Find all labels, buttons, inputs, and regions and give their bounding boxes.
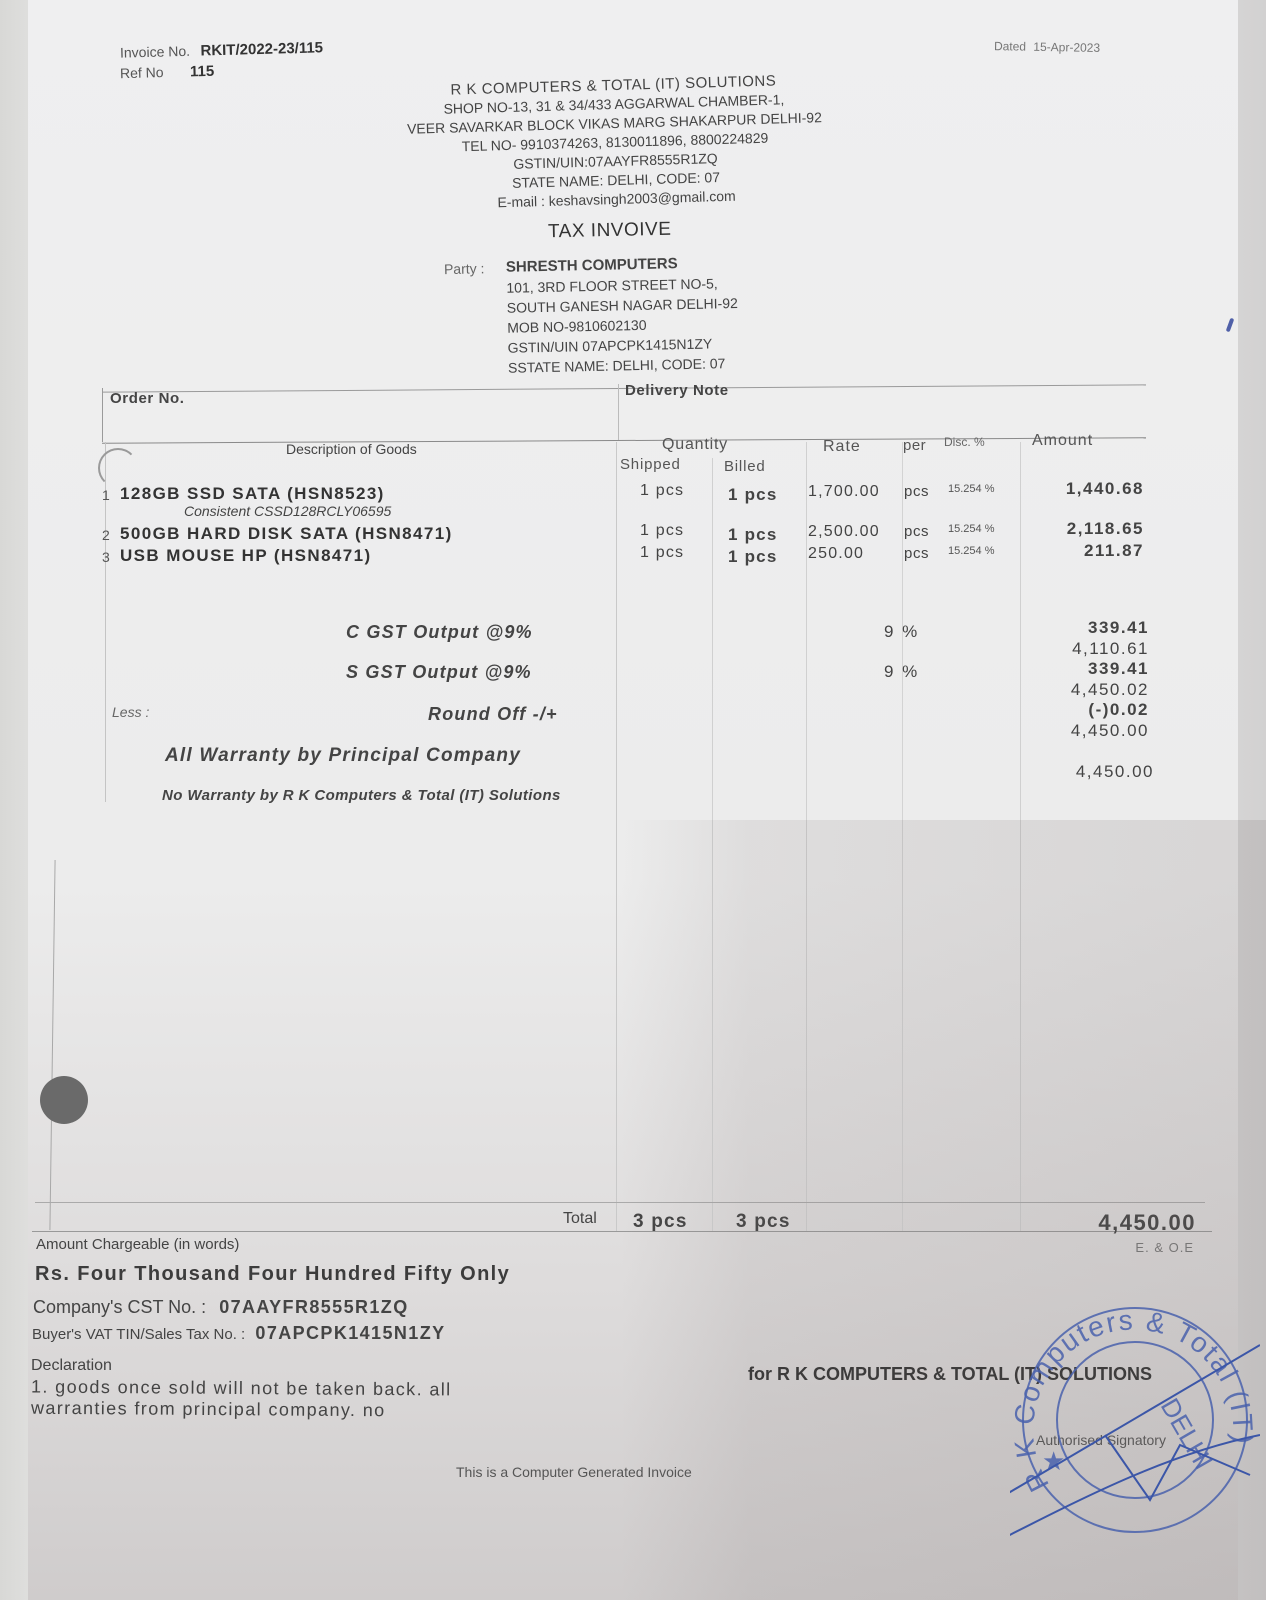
item-subtext: Consistent CSSD128RCLY06595 <box>184 503 391 519</box>
column-divider <box>616 442 617 1232</box>
cgst-label: C GST Output @9% <box>346 622 533 643</box>
round-off-amount: (-)0.02 <box>1088 700 1149 720</box>
item-rate: 250.00 <box>808 545 864 563</box>
column-divider <box>1020 442 1021 1232</box>
party-label: Party : <box>444 258 508 379</box>
delivery-note-label: Delivery Note <box>625 382 729 399</box>
col-billed: Billed <box>724 458 766 475</box>
order-no-label: Order No. <box>110 390 185 407</box>
ref-no-label: Ref No <box>120 64 164 81</box>
column-divider <box>902 442 903 1232</box>
seller-block: R K COMPUTERS & TOTAL (IT) SOLUTIONS SHO… <box>353 69 877 216</box>
dated-row: Dated 15-Apr-2023 <box>994 39 1100 55</box>
item-billed: 1 pcs <box>728 525 777 545</box>
in-words-value: Rs. Four Thousand Four Hundred Fifty Onl… <box>35 1263 510 1286</box>
total-billed: 3 pcs <box>736 1211 791 1233</box>
item-per: pcs <box>904 483 929 500</box>
computer-generated-note: This is a Computer Generated Invoice <box>456 1464 692 1480</box>
declaration-line-1: 1. goods once sold will not be taken bac… <box>31 1377 452 1401</box>
item-sl: 1 <box>102 487 110 503</box>
item-billed: 1 pcs <box>728 547 777 567</box>
col-description: Description of Goods <box>286 441 417 457</box>
item-description: 128GB SSD SATA (HSN8523) <box>120 484 385 504</box>
cst-label: Company's CST No. : <box>33 1297 206 1317</box>
ref-number-row: Ref No 115 <box>120 63 215 83</box>
punch-hole <box>40 1076 88 1124</box>
buyer-tin-label: Buyer's VAT TIN/Sales Tax No. : <box>32 1326 245 1343</box>
total-amount: 4,450.00 <box>1098 1210 1196 1236</box>
column-divider <box>712 458 713 1232</box>
invoice-no: RKIT/2022-23/115 <box>200 39 323 59</box>
buyer-tin: 07APCPK1415N1ZY <box>255 1323 445 1343</box>
cgst-amount: 339.41 <box>1088 618 1149 638</box>
item-billed: 1 pcs <box>728 485 777 505</box>
cst-row: Company's CST No. : 07AAYFR8555R1ZQ <box>33 1297 409 1318</box>
item-per: pcs <box>904 523 929 540</box>
punch-hole-mark <box>98 448 138 488</box>
item-description: USB MOUSE HP (HSN8471) <box>120 546 372 566</box>
in-words-label: Amount Chargeable (in words) <box>36 1236 239 1253</box>
item-amount: 211.87 <box>1084 541 1144 561</box>
item-amount: 2,118.65 <box>1067 519 1144 539</box>
eoe: E. & O.E <box>1135 1240 1194 1255</box>
col-amount: Amount <box>1032 432 1093 450</box>
col-per: per <box>903 437 926 454</box>
col-quantity: Quantity <box>662 436 728 454</box>
item-shipped: 1 pcs <box>640 482 684 500</box>
item-rate: 2,500.00 <box>808 523 880 541</box>
item-disc: 15.254 % <box>948 523 994 535</box>
total-label: Total <box>563 1210 597 1228</box>
item-description: 500GB HARD DISK SATA (HSN8471) <box>120 524 453 544</box>
total-shipped: 3 pcs <box>633 1211 688 1233</box>
item-shipped: 1 pcs <box>640 544 684 562</box>
dated-value: 15-Apr-2023 <box>1033 40 1100 55</box>
sgst-amount: 339.41 <box>1088 659 1149 679</box>
item-per: pcs <box>904 545 929 562</box>
cgst-rate: 9 % <box>884 622 919 642</box>
column-divider <box>806 442 807 1232</box>
item-amount: 1,440.68 <box>1066 479 1144 499</box>
divider <box>102 388 103 442</box>
item-sl: 3 <box>102 549 110 565</box>
cst-no: 07AAYFR8555R1ZQ <box>219 1297 408 1317</box>
item-rate: 1,700.00 <box>808 483 880 501</box>
declaration-label: Declaration <box>31 1357 112 1375</box>
col-shipped: Shipped <box>620 456 681 473</box>
dated-label: Dated <box>994 39 1026 54</box>
item-disc: 15.254 % <box>948 483 994 495</box>
divider <box>618 384 619 440</box>
sgst-rate: 9 % <box>884 662 919 682</box>
warranty-none: No Warranty by R K Computers & Total (IT… <box>162 787 561 804</box>
buyer-tin-row: Buyer's VAT TIN/Sales Tax No. : 07APCPK1… <box>32 1323 446 1344</box>
authorised-signatory: Authorised Signatory <box>1036 1432 1166 1448</box>
document-title: TAX INVOIVE <box>548 219 672 244</box>
declaration-line-2: warranties from principal company. no <box>31 1398 386 1421</box>
less-label: Less : <box>112 704 149 720</box>
item-disc: 15.254 % <box>948 545 994 557</box>
for-company: for R K COMPUTERS & TOTAL (IT) SOLUTIONS <box>748 1364 1152 1385</box>
round-off-label: Round Off -/+ <box>428 704 558 725</box>
col-disc: Disc. % <box>944 435 985 449</box>
sgst-subtotal: 4,450.02 <box>1071 680 1149 700</box>
ref-no: 115 <box>190 63 215 81</box>
divider <box>32 1231 1212 1232</box>
divider <box>35 1202 1205 1203</box>
sgst-label: S GST Output @9% <box>346 662 532 683</box>
item-sl: 2 <box>102 527 110 543</box>
party-block: Party : SHRESTH COMPUTERS 101, 3RD FLOOR… <box>444 253 740 379</box>
col-rate: Rate <box>823 438 861 456</box>
item-shipped: 1 pcs <box>640 522 684 540</box>
cgst-subtotal: 4,110.61 <box>1072 639 1149 659</box>
invoice-no-label: Invoice No. <box>120 43 190 61</box>
round-off-subtotal: 4,450.00 <box>1071 721 1149 741</box>
warranty-principal: All Warranty by Principal Company <box>165 745 521 767</box>
warranty-amount: 4,450.00 <box>1076 762 1154 782</box>
